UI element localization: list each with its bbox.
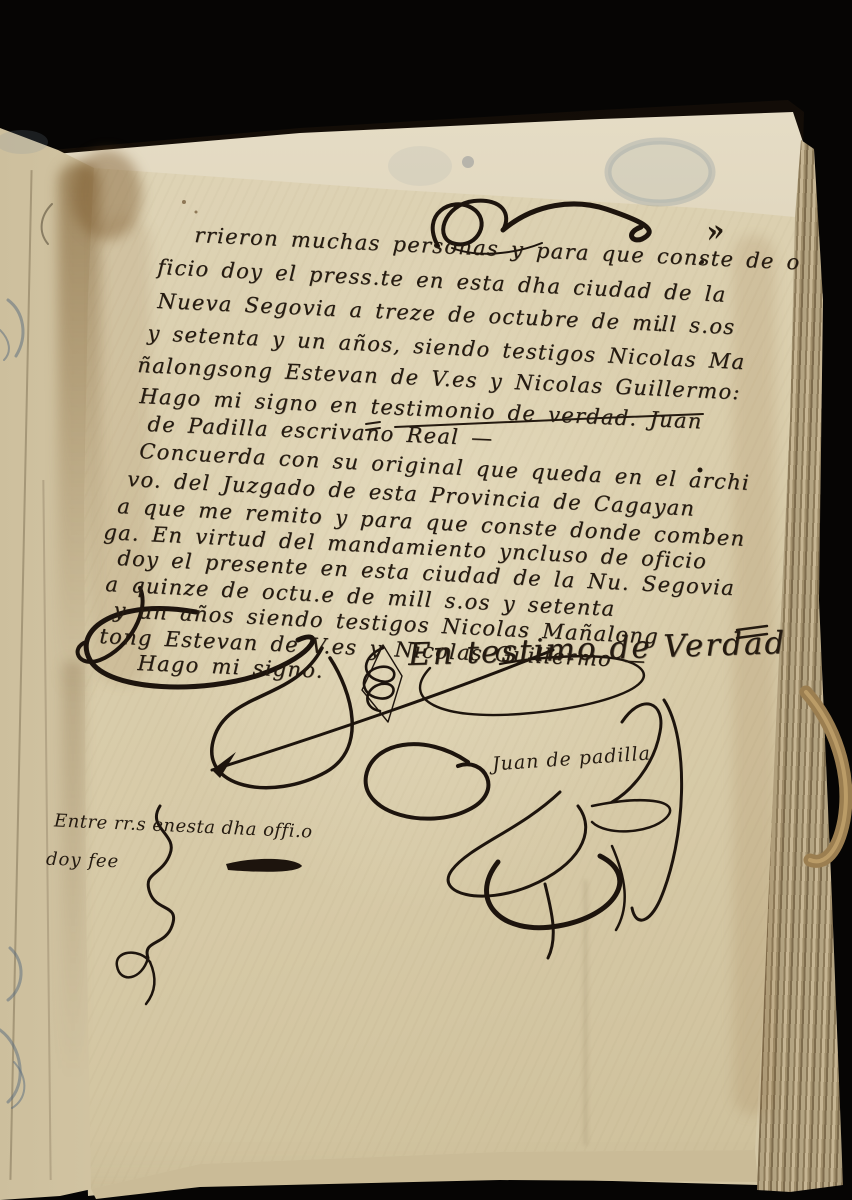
corner-quote-mark: » <box>703 212 729 250</box>
manuscript-photograph: rrieron muchas personas y para que const… <box>0 0 852 1200</box>
margin-note-line: doy fee <box>46 851 120 872</box>
notary-signature-name: Juan de padilla <box>492 744 652 774</box>
margin-note-line: Entre rr.s enesta dha offi.o <box>54 812 313 841</box>
attestation-signature-text: En testimo de Verdad <box>408 628 787 671</box>
handwriting-layer: rrieron muchas personas y para que const… <box>0 0 852 1200</box>
